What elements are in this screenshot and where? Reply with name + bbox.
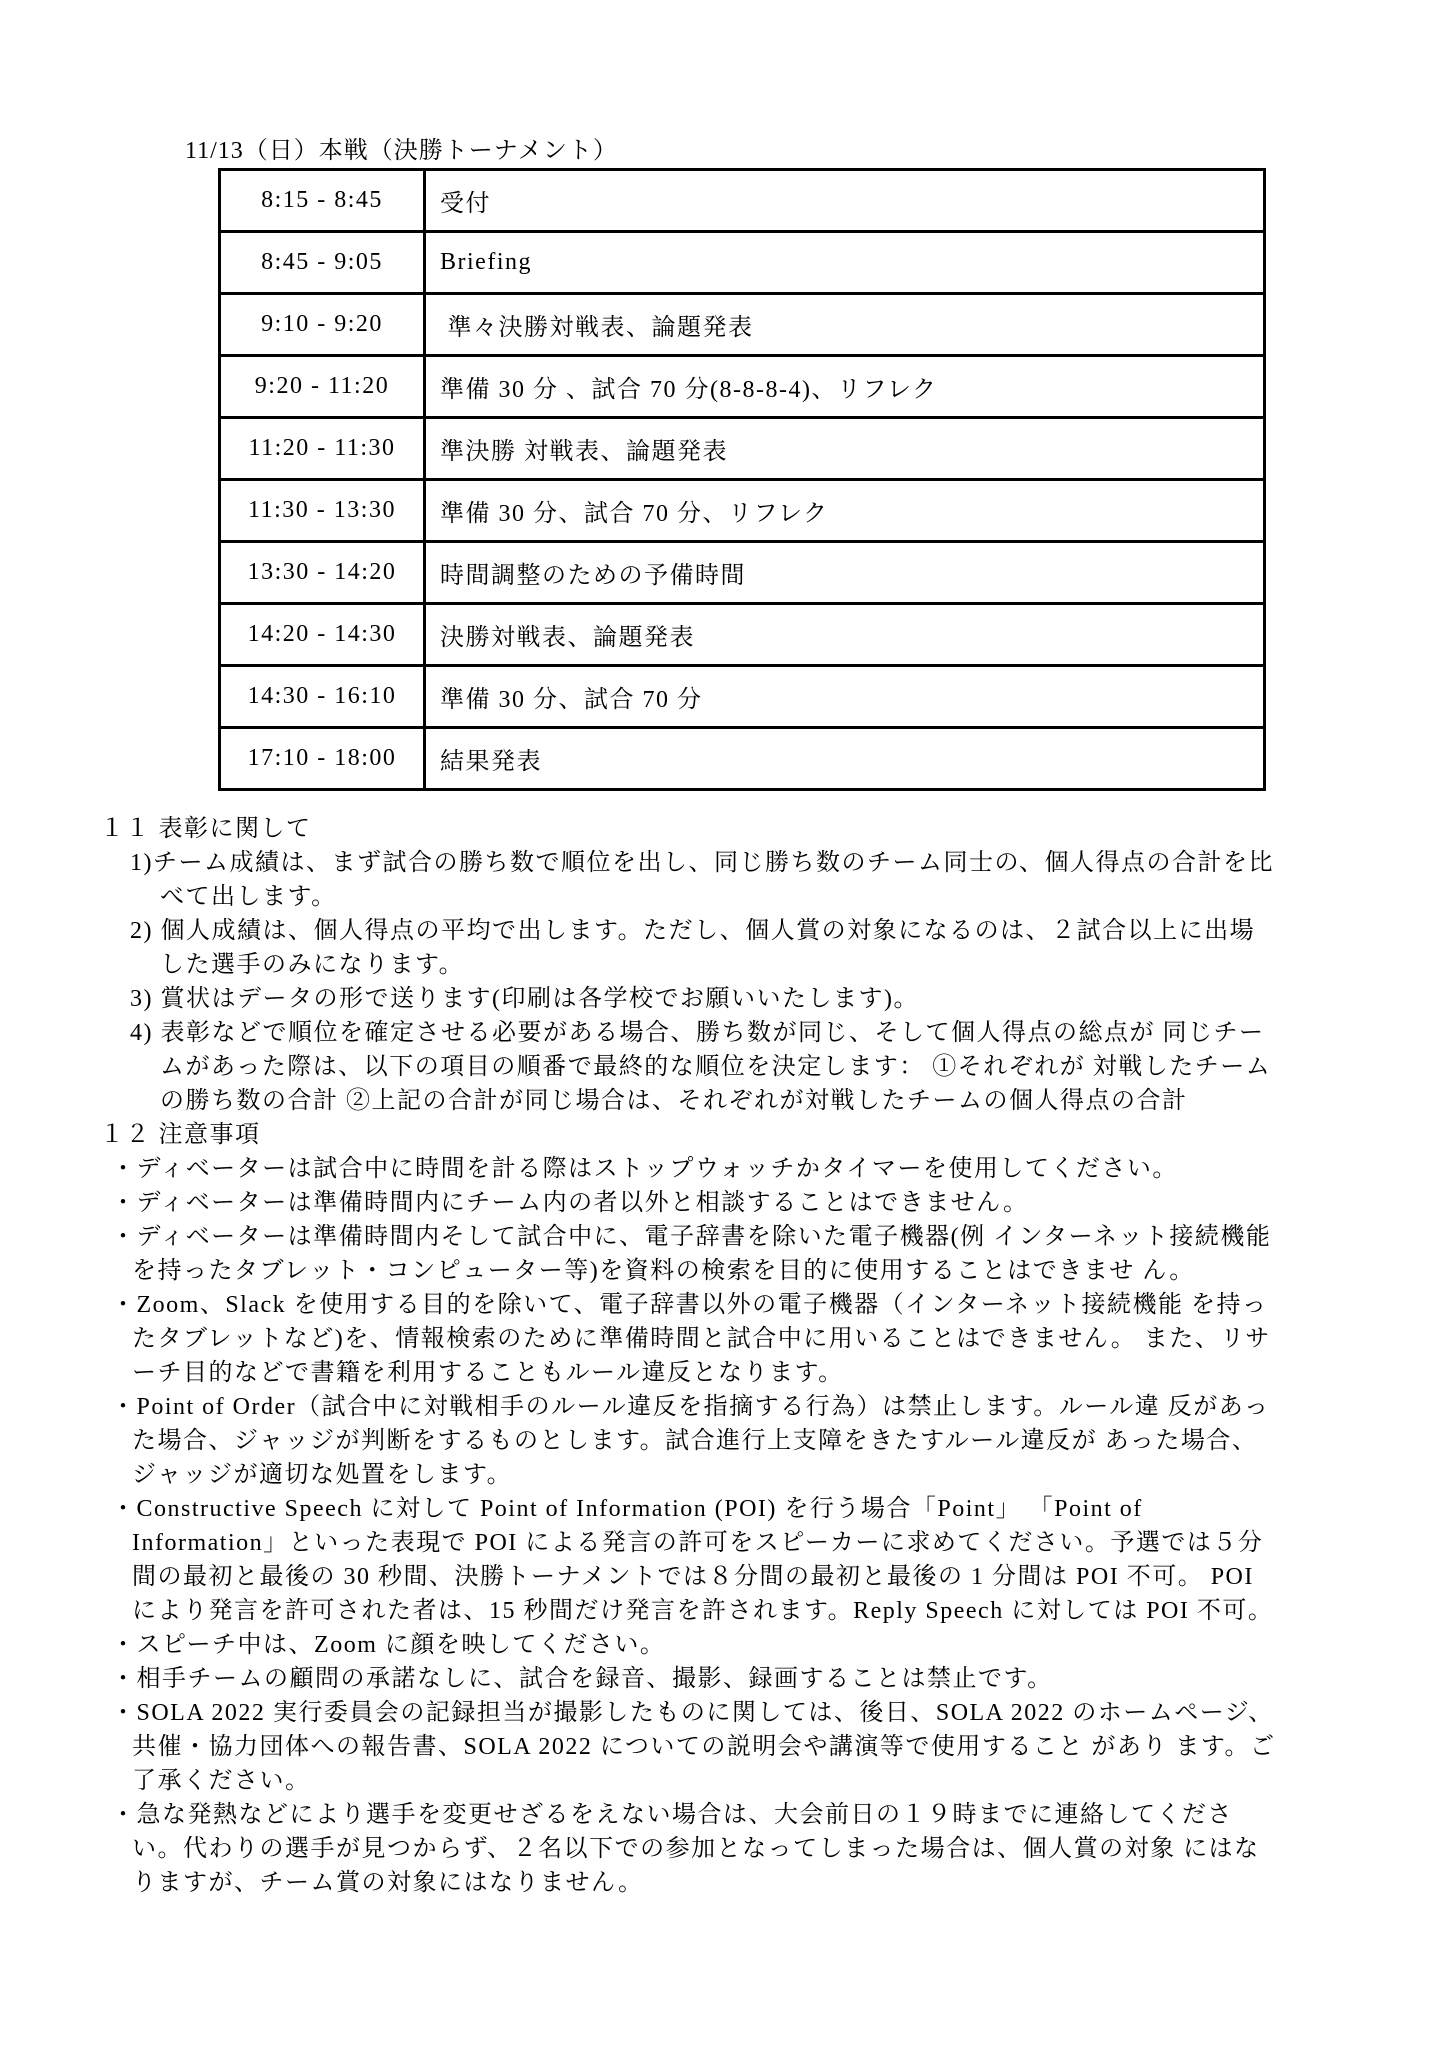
awards-item-4: 4) 表彰などで順位を確定させる必要がある場合、勝ち数が同じ、そして個人得点の総… — [100, 1016, 1395, 1118]
table-row: 17:10 - 18:00 結果発表 — [220, 728, 1265, 790]
time-cell: 13:30 - 14:20 — [220, 542, 425, 604]
activity-cell: Briefing — [425, 232, 1265, 294]
time-cell: 8:45 - 9:05 — [220, 232, 425, 294]
table-row: 11:30 - 13:30 準備 30 分、試合 70 分、リフレク — [220, 480, 1265, 542]
activity-cell: 準決勝 対戦表、論題発表 — [425, 418, 1265, 480]
awards-item-3: 3) 賞状はデータの形で送ります(印刷は各学校でお願いいたします)。 — [100, 982, 1395, 1016]
time-cell: 11:30 - 13:30 — [220, 480, 425, 542]
activity-cell: 結果発表 — [425, 728, 1265, 790]
notes-bullet-2: ・ディベーターは準備時間内にチーム内の者以外と相談することはできません。 — [100, 1186, 1395, 1220]
section-notes-heading: １２ 注意事項 — [100, 1118, 1395, 1152]
notes-bullet-1: ・ディベーターは試合中に時間を計る際はストップウォッチかタイマーを使用してくださ… — [100, 1152, 1395, 1186]
activity-cell: 準々決勝対戦表、論題発表 — [425, 294, 1265, 356]
activity-cell: 受付 — [425, 170, 1265, 232]
time-cell: 11:20 - 11:30 — [220, 418, 425, 480]
activity-cell: 準備 30 分 、試合 70 分(8-8-8-4)、リフレク — [425, 356, 1265, 418]
table-row: 9:10 - 9:20 準々決勝対戦表、論題発表 — [220, 294, 1265, 356]
notes-bullet-10: ・急な発熱などにより選手を変更せざるをえない場合は、大会前日の１９時までに連絡し… — [100, 1798, 1395, 1900]
notes-bullet-6: ・Constructive Speech に対して Point of Infor… — [100, 1492, 1395, 1628]
time-cell: 14:20 - 14:30 — [220, 604, 425, 666]
table-row: 13:30 - 14:20 時間調整のための予備時間 — [220, 542, 1265, 604]
table-row: 8:15 - 8:45 受付 — [220, 170, 1265, 232]
time-cell: 9:20 - 11:20 — [220, 356, 425, 418]
time-cell: 8:15 - 8:45 — [220, 170, 425, 232]
activity-cell: 準備 30 分、試合 70 分、リフレク — [425, 480, 1265, 542]
notes-bullet-5: ・Point of Order（試合中に対戦相手のルール違反を指摘する行為）は禁… — [100, 1390, 1395, 1492]
table-row: 14:30 - 16:10 準備 30 分、試合 70 分 — [220, 666, 1265, 728]
awards-item-1: 1)チーム成績は、まず試合の勝ち数で順位を出し、同じ勝ち数のチーム同士の、個人得… — [100, 846, 1395, 914]
table-row: 8:45 - 9:05 Briefing — [220, 232, 1265, 294]
schedule-title: 11/13（日）本戦（決勝トーナメント） — [185, 130, 618, 165]
activity-cell: 時間調整のための予備時間 — [425, 542, 1265, 604]
activity-cell: 決勝対戦表、論題発表 — [425, 604, 1265, 666]
section-notes: １２ 注意事項 ・ディベーターは試合中に時間を計る際はストップウォッチかタイマー… — [100, 1118, 1395, 1900]
schedule-table-body: 8:15 - 8:45 受付 8:45 - 9:05 Briefing 9:10… — [220, 170, 1265, 790]
notes-bullet-4: ・Zoom、Slack を使用する目的を除いて、電子辞書以外の電子機器（インター… — [100, 1288, 1395, 1390]
section-awards-heading: １１ 表彰に関して — [100, 812, 1395, 846]
activity-cell: 準備 30 分、試合 70 分 — [425, 666, 1265, 728]
notes-bullet-7: ・スピーチ中は、Zoom に顔を映してください。 — [100, 1628, 1395, 1662]
time-cell: 9:10 - 9:20 — [220, 294, 425, 356]
notes-bullet-8: ・相手チームの顧問の承諾なしに、試合を録音、撮影、録画することは禁止です。 — [100, 1662, 1395, 1696]
table-row: 9:20 - 11:20 準備 30 分 、試合 70 分(8-8-8-4)、リ… — [220, 356, 1265, 418]
notes-bullet-9: ・SOLA 2022 実行委員会の記録担当が撮影したものに関しては、後日、SOL… — [100, 1696, 1395, 1798]
time-cell: 17:10 - 18:00 — [220, 728, 425, 790]
time-cell: 14:30 - 16:10 — [220, 666, 425, 728]
notes-bullet-3: ・ディベーターは準備時間内そして試合中に、電子辞書を除いた電子機器(例 インター… — [100, 1220, 1395, 1288]
table-row: 11:20 - 11:30 準決勝 対戦表、論題発表 — [220, 418, 1265, 480]
awards-item-2: 2) 個人成績は、個人得点の平均で出します。ただし、個人賞の対象になるのは、２試… — [100, 914, 1395, 982]
table-row: 14:20 - 14:30 決勝対戦表、論題発表 — [220, 604, 1265, 666]
body-text: １１ 表彰に関して 1)チーム成績は、まず試合の勝ち数で順位を出し、同じ勝ち数の… — [100, 812, 1395, 1900]
document-page: 11/13（日）本戦（決勝トーナメント） 8:15 - 8:45 受付 8:45… — [0, 0, 1450, 2048]
schedule-table: 8:15 - 8:45 受付 8:45 - 9:05 Briefing 9:10… — [218, 168, 1266, 791]
section-awards: １１ 表彰に関して 1)チーム成績は、まず試合の勝ち数で順位を出し、同じ勝ち数の… — [100, 812, 1395, 1118]
